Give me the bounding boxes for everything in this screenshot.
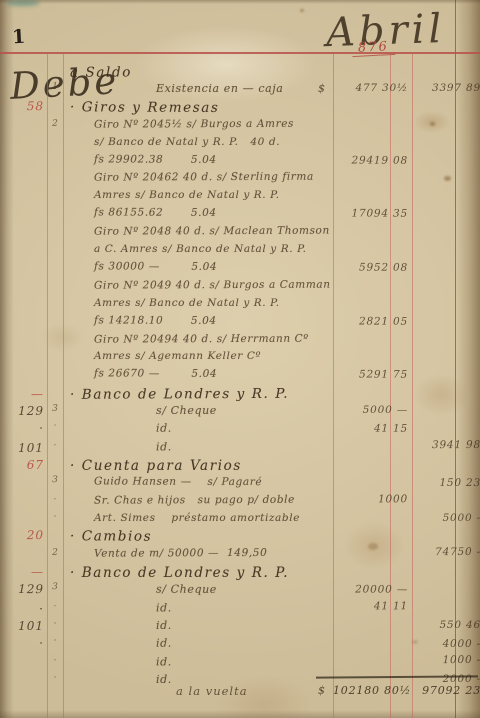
day-number: 2 bbox=[48, 548, 62, 558]
total-row: a la vuelta $ 102180 80½ 97092 23 bbox=[0, 684, 480, 703]
ledger-row: 101·id.3941 98 bbox=[0, 439, 480, 460]
day-number: · bbox=[48, 441, 62, 451]
folio-number: · bbox=[6, 636, 44, 650]
entry-description: Giro Nº 2049 40 d. s/ Burgos a Camman bbox=[94, 278, 331, 291]
entry-description: s/ Cheque bbox=[156, 583, 217, 596]
header-rule bbox=[0, 52, 480, 54]
ledger-row: 2Giro Nº 2045½ s/ Burgos a Amres bbox=[0, 117, 480, 138]
teal-smudge bbox=[6, 0, 40, 6]
page-number: 1 bbox=[11, 26, 25, 49]
entry-description: Guido Hansen — s/ Pagaré bbox=[94, 475, 262, 488]
entry-description: id. bbox=[156, 636, 172, 649]
ledger-row: Giro Nº 2048 40 d. s/ Maclean Thomson bbox=[0, 224, 480, 245]
ledger-row: ··id.41 11 bbox=[0, 600, 480, 621]
folio-number: 129 bbox=[6, 404, 44, 418]
day-number: · bbox=[48, 421, 62, 431]
total-amount-pesos: 97092 23 bbox=[413, 684, 480, 697]
ledger-row: 67· Cuenta para Varios bbox=[0, 458, 480, 477]
amount-dollars: 20000 — bbox=[333, 583, 408, 595]
currency-sign: $ bbox=[318, 82, 333, 95]
carry-forward-label: a la vuelta bbox=[176, 684, 248, 698]
amount-pesos: 3941 98 bbox=[413, 439, 480, 451]
foxing-spot bbox=[300, 9, 304, 12]
ledger-row: Giro Nº 2049 40 d. s/ Burgos a Camman bbox=[0, 278, 480, 299]
folio-number: 129 bbox=[6, 582, 44, 596]
day-number: 3 bbox=[48, 475, 62, 485]
entry-description: id. bbox=[156, 422, 172, 435]
day-number: · bbox=[48, 655, 62, 665]
year-annotation: 876 bbox=[352, 39, 396, 57]
entry-description: s/ Cheque bbox=[156, 404, 217, 417]
entry-description: id. bbox=[156, 601, 172, 614]
ledger-page: 1 Debe Abril 876 a Saldo1Existencia en —… bbox=[0, 0, 480, 718]
amount-pesos: 74750 - bbox=[413, 546, 480, 558]
day-number: · bbox=[48, 602, 62, 612]
entry-description: Giro Nº 2045½ s/ Burgos a Amres bbox=[94, 117, 294, 130]
entry-description: a Saldo bbox=[70, 64, 132, 80]
entry-description: Venta de m/ 50000 — 149,50 bbox=[94, 547, 267, 560]
amount-dollars: 1000 bbox=[333, 493, 408, 505]
day-number: 2 bbox=[48, 118, 62, 128]
folio-number: 20 bbox=[6, 528, 44, 542]
amount-dollars: 29419 08 bbox=[333, 154, 408, 166]
entry-description: · Banco de Londres y R. P. bbox=[70, 386, 289, 403]
entry-description: Giro Nº 20494 40 d. s/ Herrmann Cº bbox=[94, 332, 309, 345]
amount-pesos: 1000 - bbox=[413, 654, 480, 666]
entry-description: a C. Amres s/ Banco de Natal y R. P. bbox=[94, 243, 307, 255]
ledger-row: 1Existencia en — caja$477 30½3397 89 bbox=[0, 82, 480, 101]
entry-description: · Giros y Remesas bbox=[70, 99, 220, 116]
ledger-row: —· Banco de Londres y R. P. bbox=[0, 385, 480, 406]
total-amount-dollars: 102180 80½ bbox=[333, 684, 408, 697]
ledger-row: ·id.1000 - bbox=[0, 654, 480, 675]
ledger-row: a C. Amres s/ Banco de Natal y R. P. bbox=[0, 243, 480, 262]
ledger-row: 2Venta de m/ 50000 — 149,5074750 - bbox=[0, 546, 480, 567]
folio-number: — bbox=[6, 565, 44, 579]
entry-description: fs 26670 — 5.04 bbox=[94, 368, 217, 381]
day-number: 3 bbox=[48, 404, 62, 414]
day-number: · bbox=[48, 619, 62, 629]
amount-dollars: 477 30½ bbox=[333, 82, 408, 94]
amount-dollars: 5000 — bbox=[333, 404, 408, 416]
entry-description: fs 14218.10 5.04 bbox=[94, 314, 217, 327]
entry-description: fs 86155.62 5.04 bbox=[94, 207, 217, 220]
amount-pesos: 3397 89 bbox=[413, 82, 480, 94]
entry-description: Existencia en — caja bbox=[156, 82, 283, 95]
amount-dollars: 5952 08 bbox=[333, 261, 408, 273]
entry-description: · Cuenta para Varios bbox=[70, 458, 242, 474]
folio-number: · bbox=[6, 602, 44, 616]
ledger-row: s/ Banco de Natal y R. P. 40 d. bbox=[0, 136, 480, 155]
amount-dollars: 17094 35 bbox=[333, 208, 408, 220]
day-number: · bbox=[48, 512, 62, 522]
folio-number: 67 bbox=[6, 458, 44, 472]
folio-number: — bbox=[6, 387, 44, 401]
entry-description: s/ Banco de Natal y R. P. 40 d. bbox=[94, 136, 280, 148]
entry-description: · Banco de Londres y R. P. bbox=[70, 565, 289, 581]
amount-pesos: 4000 - bbox=[413, 638, 480, 650]
day-number: · bbox=[48, 673, 62, 683]
entry-description: id. bbox=[156, 619, 172, 632]
currency-sign: $ bbox=[318, 684, 333, 697]
entry-description: Art. Simes préstamo amortizable bbox=[94, 512, 300, 524]
day-number: · bbox=[48, 636, 62, 646]
amount-pesos: 550 46 bbox=[413, 619, 480, 631]
entry-description: Amres s/ Banco de Natal y R. P. bbox=[94, 297, 280, 309]
amount-dollars: 5291 75 bbox=[333, 369, 408, 381]
amount-pesos: 2000 - bbox=[413, 673, 480, 685]
entry-description: id. bbox=[156, 440, 172, 453]
entry-description: id. bbox=[156, 655, 172, 668]
day-number: · bbox=[48, 494, 62, 504]
folio-number: 101 bbox=[6, 619, 44, 633]
ledger-row: ·Sr. Chas e hijos su pago p/ doble1000 bbox=[0, 493, 480, 514]
entry-description: Amres s/ Agemann Keller Cº bbox=[94, 350, 261, 362]
amount-pesos: 150 23 bbox=[413, 476, 480, 488]
day-number: 1 bbox=[48, 82, 62, 92]
ledger-row: Giro Nº 20494 40 d. s/ Herrmann Cº bbox=[0, 331, 480, 352]
ledger-row: a Saldo bbox=[0, 63, 480, 84]
entry-description: · Cambios bbox=[70, 529, 152, 545]
page-bottom-edge bbox=[0, 710, 480, 718]
ledger-row: 1293s/ Cheque5000 — bbox=[0, 404, 480, 423]
amount-dollars: 2821 05 bbox=[333, 315, 408, 327]
ledger-row: Amres s/ Banco de Natal y R. P. bbox=[0, 297, 480, 316]
day-number: 3 bbox=[48, 582, 62, 592]
entry-description: Giro Nº 20462 40 d. s/ Sterling firma bbox=[94, 171, 314, 184]
ledger-row: 101·id.550 46 bbox=[0, 619, 480, 638]
amount-dollars: 41 11 bbox=[333, 600, 408, 612]
folio-number: 101 bbox=[6, 441, 44, 455]
folio-number: 58 bbox=[6, 99, 44, 113]
entry-description: fs 30000 — 5.04 bbox=[94, 260, 217, 273]
ledger-row: Giro Nº 20462 40 d. s/ Sterling firma bbox=[0, 170, 480, 191]
entry-description: Amres s/ Banco de Natal y R. P. bbox=[94, 189, 280, 201]
entry-description: fs 29902.38 5.04 bbox=[94, 153, 217, 166]
amount-dollars: 41 15 bbox=[333, 422, 408, 434]
entry-description: Sr. Chas e hijos su pago p/ doble bbox=[94, 493, 295, 506]
amount-pesos: 5000 - bbox=[413, 512, 480, 524]
entry-description: Giro Nº 2048 40 d. s/ Maclean Thomson bbox=[94, 225, 330, 238]
page-top-edge bbox=[0, 0, 480, 4]
folio-number: · bbox=[6, 421, 44, 435]
